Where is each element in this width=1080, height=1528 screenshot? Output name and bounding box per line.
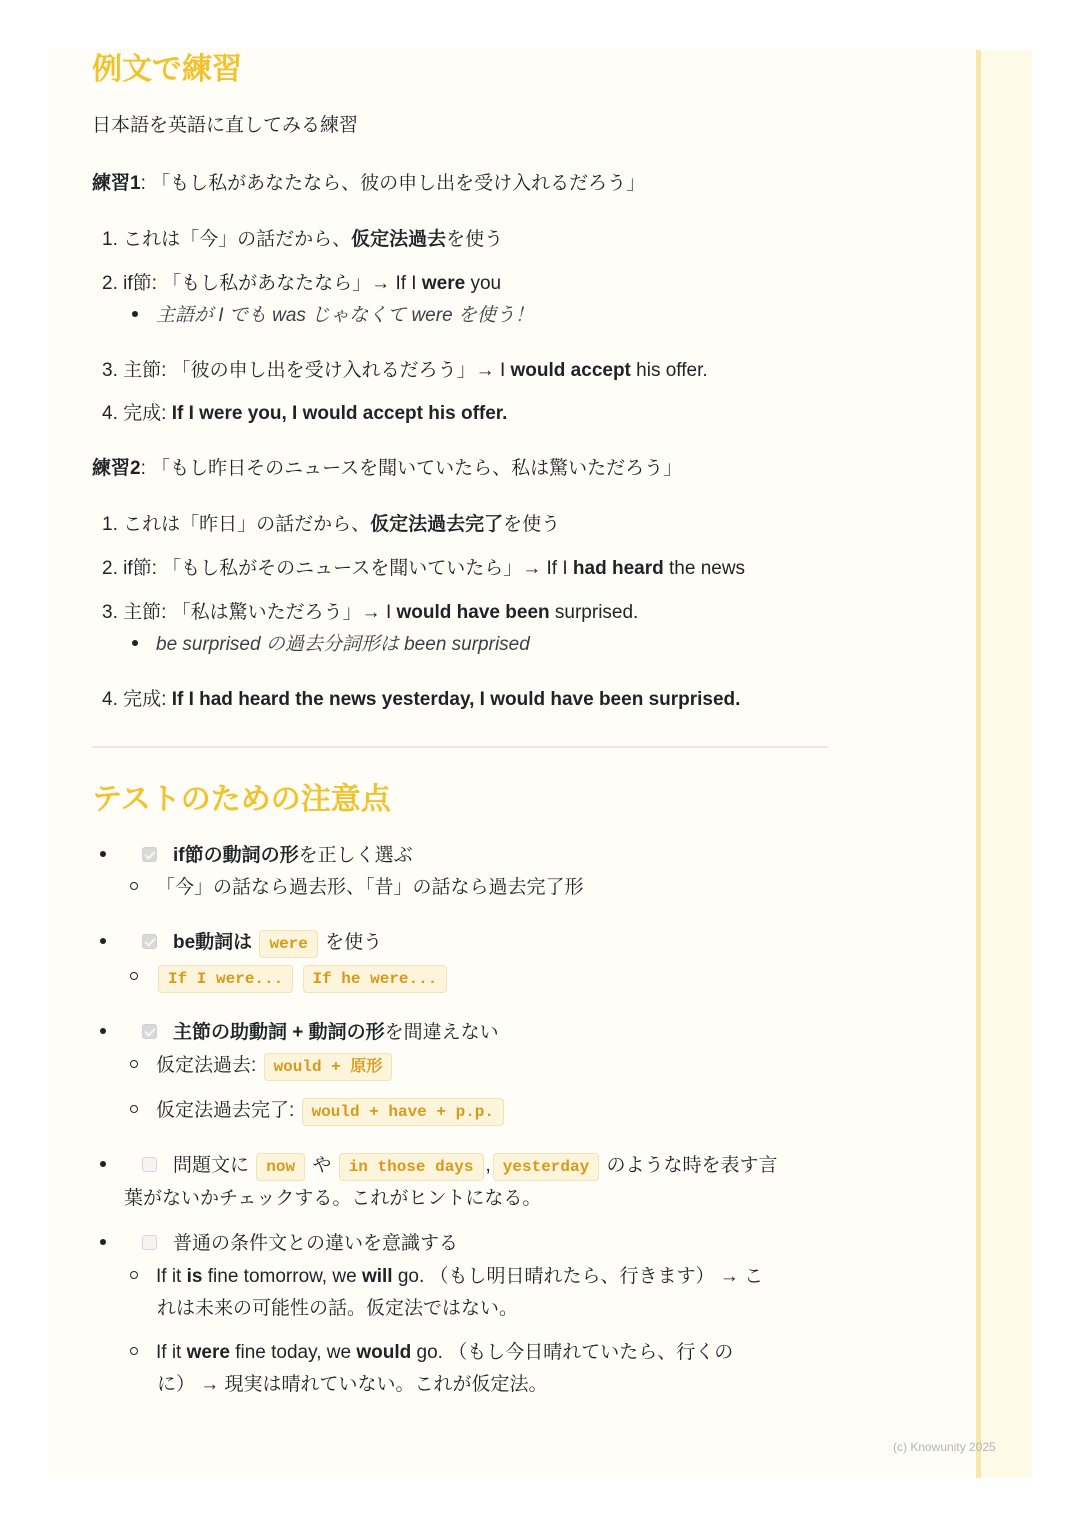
code-if-i-were: If I were...: [158, 965, 293, 993]
checklist-item-5-sub-2-cont: に） → 現実は晴れていない。これが仮定法。: [157, 1371, 548, 1399]
section-title-test-tips: テストのための注意点: [92, 780, 391, 820]
checkbox-checked-icon[interactable]: [142, 1024, 157, 1039]
bullet-icon: [100, 1161, 106, 1167]
bullet-icon: [100, 1028, 106, 1034]
ex1-step-1: 1. これは「今」の話だから、仮定法過去を使う: [102, 226, 503, 254]
code-would-have-pp: would + have + p.p.: [302, 1098, 504, 1126]
bullet-icon: [100, 851, 106, 857]
checklist-item-2-sub: If I were... If he were...: [130, 964, 449, 993]
ex1-step-2: 2. if節: 「もし私があなたなら」→ If I were you: [102, 270, 501, 298]
ex2-step-1: 1. これは「昨日」の話だから、仮定法過去完了を使う: [102, 511, 560, 539]
code-were: were: [259, 930, 317, 958]
checklist-item-3-sub-1: 仮定法過去: would + 原形: [130, 1052, 394, 1081]
ex2-step-3: 3. 主節: 「私は驚いただろう」→ I would have been sur…: [102, 599, 638, 627]
code-if-he-were: If he were...: [303, 965, 448, 993]
code-yesterday: yesterday: [493, 1153, 599, 1181]
intro-text: 日本語を英語に直してみる練習: [92, 112, 358, 140]
checkbox-unchecked-icon[interactable]: [142, 1157, 157, 1172]
circle-bullet-icon: [130, 1060, 138, 1068]
section-divider: [92, 746, 828, 748]
checkbox-unchecked-icon[interactable]: [142, 1235, 157, 1250]
ex2-note: be surprised の過去分詞形は been surprised: [132, 631, 530, 659]
checklist-item-4-cont: 葉がないかチェックする。これがヒントになる。: [124, 1185, 541, 1213]
checklist-item-5: 普通の条件文との違いを意識する: [100, 1230, 458, 1258]
checklist-item-5-sub-2: If it were fine today, we would go. （もし今…: [130, 1339, 733, 1367]
checklist-item-1-sub: 「今」の話なら過去形、「昔」の話なら過去完了形: [130, 874, 584, 902]
checklist-item-5-sub-1-cont: れは未来の可能性の話。仮定法ではない。: [157, 1295, 518, 1323]
ex1-note: 主語が I でも was じゃなくて were を使う！: [132, 302, 534, 330]
checkbox-checked-icon[interactable]: [142, 934, 157, 949]
bullet-icon: [100, 938, 106, 944]
circle-bullet-icon: [130, 972, 138, 980]
bullet-icon: [132, 311, 138, 317]
ex1-step-4: 4. 完成: If I were you, I would accept his…: [102, 400, 507, 428]
bullet-icon: [132, 640, 138, 646]
checklist-item-4: 問題文に now や in those days,yesterday のような時…: [100, 1152, 778, 1181]
code-in-those-days: in those days: [339, 1153, 484, 1181]
ex1-step-3: 3. 主節: 「彼の申し出を受け入れるだろう」→ I would accept …: [102, 357, 708, 385]
code-would-base: would + 原形: [264, 1053, 393, 1081]
checklist-item-2: be動詞は were を使う: [100, 929, 382, 958]
bullet-icon: [100, 1239, 106, 1245]
ex2-step-2: 2. if節: 「もし私がそのニュースを聞いていたら」→ If I had he…: [102, 555, 745, 583]
section-title-practice: 例文で練習: [92, 50, 242, 90]
exercise1-heading: 練習1: 「もし私があなたなら、彼の申し出を受け入れるだろう」: [92, 170, 645, 198]
exercise2-heading: 練習2: 「もし昨日そのニュースを聞いていたら、私は驚いただろう」: [92, 455, 682, 483]
code-now: now: [256, 1153, 305, 1181]
margin-panel: [981, 50, 1032, 1478]
circle-bullet-icon: [130, 882, 138, 890]
ex2-step-4: 4. 完成: If I had heard the news yesterday…: [102, 686, 740, 714]
checklist-item-3-sub-2: 仮定法過去完了: would + have + p.p.: [130, 1097, 506, 1126]
checklist-item-3: 主節の助動詞 + 動詞の形を間違えない: [100, 1019, 499, 1047]
circle-bullet-icon: [130, 1271, 138, 1279]
circle-bullet-icon: [130, 1105, 138, 1113]
circle-bullet-icon: [130, 1347, 138, 1355]
checklist-item-5-sub-1: If it is fine tomorrow, we will go. （もし明…: [130, 1263, 763, 1291]
checkbox-checked-icon[interactable]: [142, 847, 157, 862]
checklist-item-1: if節の動詞の形を正しく選ぶ: [100, 842, 413, 870]
copyright-footer: (c) Knowunity 2025: [893, 1440, 996, 1454]
